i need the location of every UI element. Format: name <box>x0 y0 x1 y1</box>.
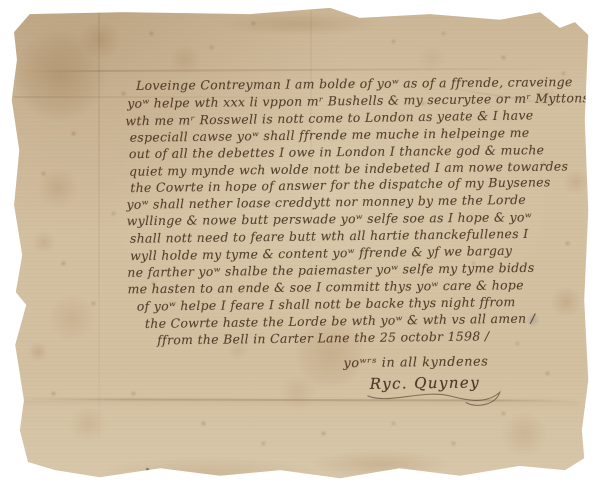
letter-closing: yoʷʳˢ in all kyndenes <box>343 353 587 371</box>
signature: Ryc. Quyney <box>370 372 588 393</box>
letter-text-block: Loveinge Contreyman I am bolde of yoʷ as… <box>124 73 588 412</box>
manuscript-paper: Loveinge Contreyman I am bolde of yoʷ as… <box>10 6 590 482</box>
foxing-spots <box>10 6 13 9</box>
